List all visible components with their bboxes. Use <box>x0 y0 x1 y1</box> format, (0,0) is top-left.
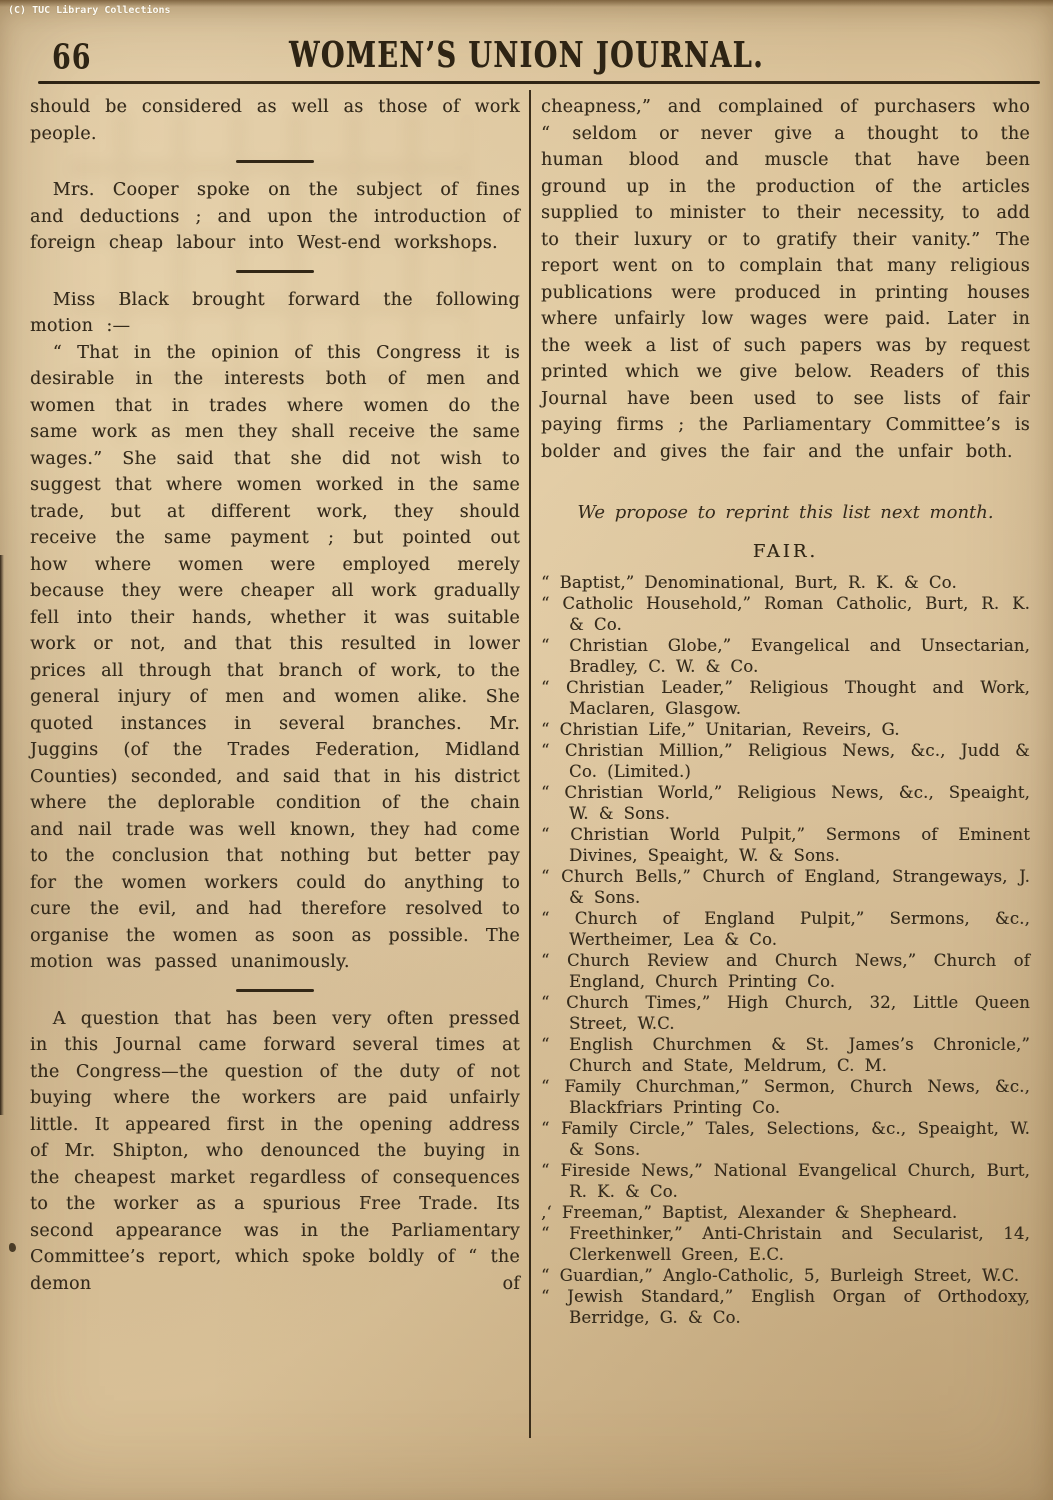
fair-list-item: “ Church Bells,” Church of England, Stra… <box>541 866 1030 908</box>
paragraph-motion: “ That in the opinion of this Congress i… <box>30 340 520 976</box>
fair-list-item: “ Christian World,” Religious News, &c.,… <box>541 782 1030 824</box>
left-column: should be considered as well as those of… <box>30 94 520 1438</box>
journal-page: (C) TUC Library Collections 66 WOMEN’S U… <box>0 0 1053 1500</box>
fair-list-item: “ Church of England Pulpit,” Sermons, &c… <box>541 908 1030 950</box>
fair-list-item: “ Christian Million,” Religious News, &c… <box>541 740 1030 782</box>
fair-list-item: ‚‘ Freeman,” Baptist, Alexander & Shephe… <box>541 1202 1030 1223</box>
fair-list-item: “ Baptist,” Denominational, Burt, R. K. … <box>541 572 1030 593</box>
right-column: cheapness,” and complained of purchasers… <box>541 94 1030 1438</box>
fair-list-item: “ Guardian,” Anglo-Catholic, 5, Burleigh… <box>541 1265 1030 1286</box>
fair-list-item: “ Family Circle,” Tales, Selections, &c.… <box>541 1118 1030 1160</box>
fair-list-item: “ Jewish Standard,” English Organ of Ort… <box>541 1286 1030 1328</box>
fair-list-item: “ English Churchmen & St. James’s Chroni… <box>541 1034 1030 1076</box>
text-columns: should be considered as well as those of… <box>30 94 1030 1438</box>
fair-list-item: “ Church Review and Church News,” Church… <box>541 950 1030 992</box>
fair-list-item: “ Freethinker,” Anti-Christain and Secul… <box>541 1223 1030 1265</box>
journal-title: WOMEN’S UNION JOURNAL. <box>289 36 764 76</box>
paragraph-continuation: should be considered as well as those of… <box>30 94 520 147</box>
paragraph-cheapness: cheapness,” and complained of purchasers… <box>541 94 1030 465</box>
section-divider <box>236 270 314 273</box>
section-divider <box>236 989 314 992</box>
fair-list-item: “ Fireside News,” National Evangelical C… <box>541 1160 1030 1202</box>
fair-list-item: “ Catholic Household,” Roman Catholic, B… <box>541 593 1030 635</box>
column-divider-rule <box>529 90 531 1438</box>
header-rule <box>38 81 1040 84</box>
reprint-notice: We propose to reprint this list next mon… <box>541 501 1030 525</box>
paragraph-mrs-cooper: Mrs. Cooper spoke on the subject of fine… <box>30 177 520 257</box>
masthead: WOMEN’S UNION JOURNAL. <box>0 36 1053 67</box>
paragraph-miss-black: Miss Black brought forward the following… <box>30 287 520 340</box>
fair-section-heading: FAIR. <box>541 541 1030 562</box>
fair-list-item: “ Family Churchman,” Sermon, Church News… <box>541 1076 1030 1118</box>
paragraph-question: A question that has been very often pres… <box>30 1006 520 1298</box>
library-watermark: (C) TUC Library Collections <box>8 5 171 16</box>
scan-left-edge <box>0 555 4 1115</box>
fair-list-item: “ Christian Leader,” Religious Thought a… <box>541 677 1030 719</box>
fair-list-item: “ Church Times,” High Church, 32, Little… <box>541 992 1030 1034</box>
fair-list-item: “ Christian World Pulpit,” Sermons of Em… <box>541 824 1030 866</box>
ink-speck <box>9 1243 16 1252</box>
section-divider <box>236 160 314 163</box>
fair-list-item: “ Christian Globe,” Evangelical and Unse… <box>541 635 1030 677</box>
fair-publications-list: “ Baptist,” Denominational, Burt, R. K. … <box>541 572 1030 1328</box>
fair-list-item: “ Christian Life,” Unitarian, Reveirs, G… <box>541 719 1030 740</box>
